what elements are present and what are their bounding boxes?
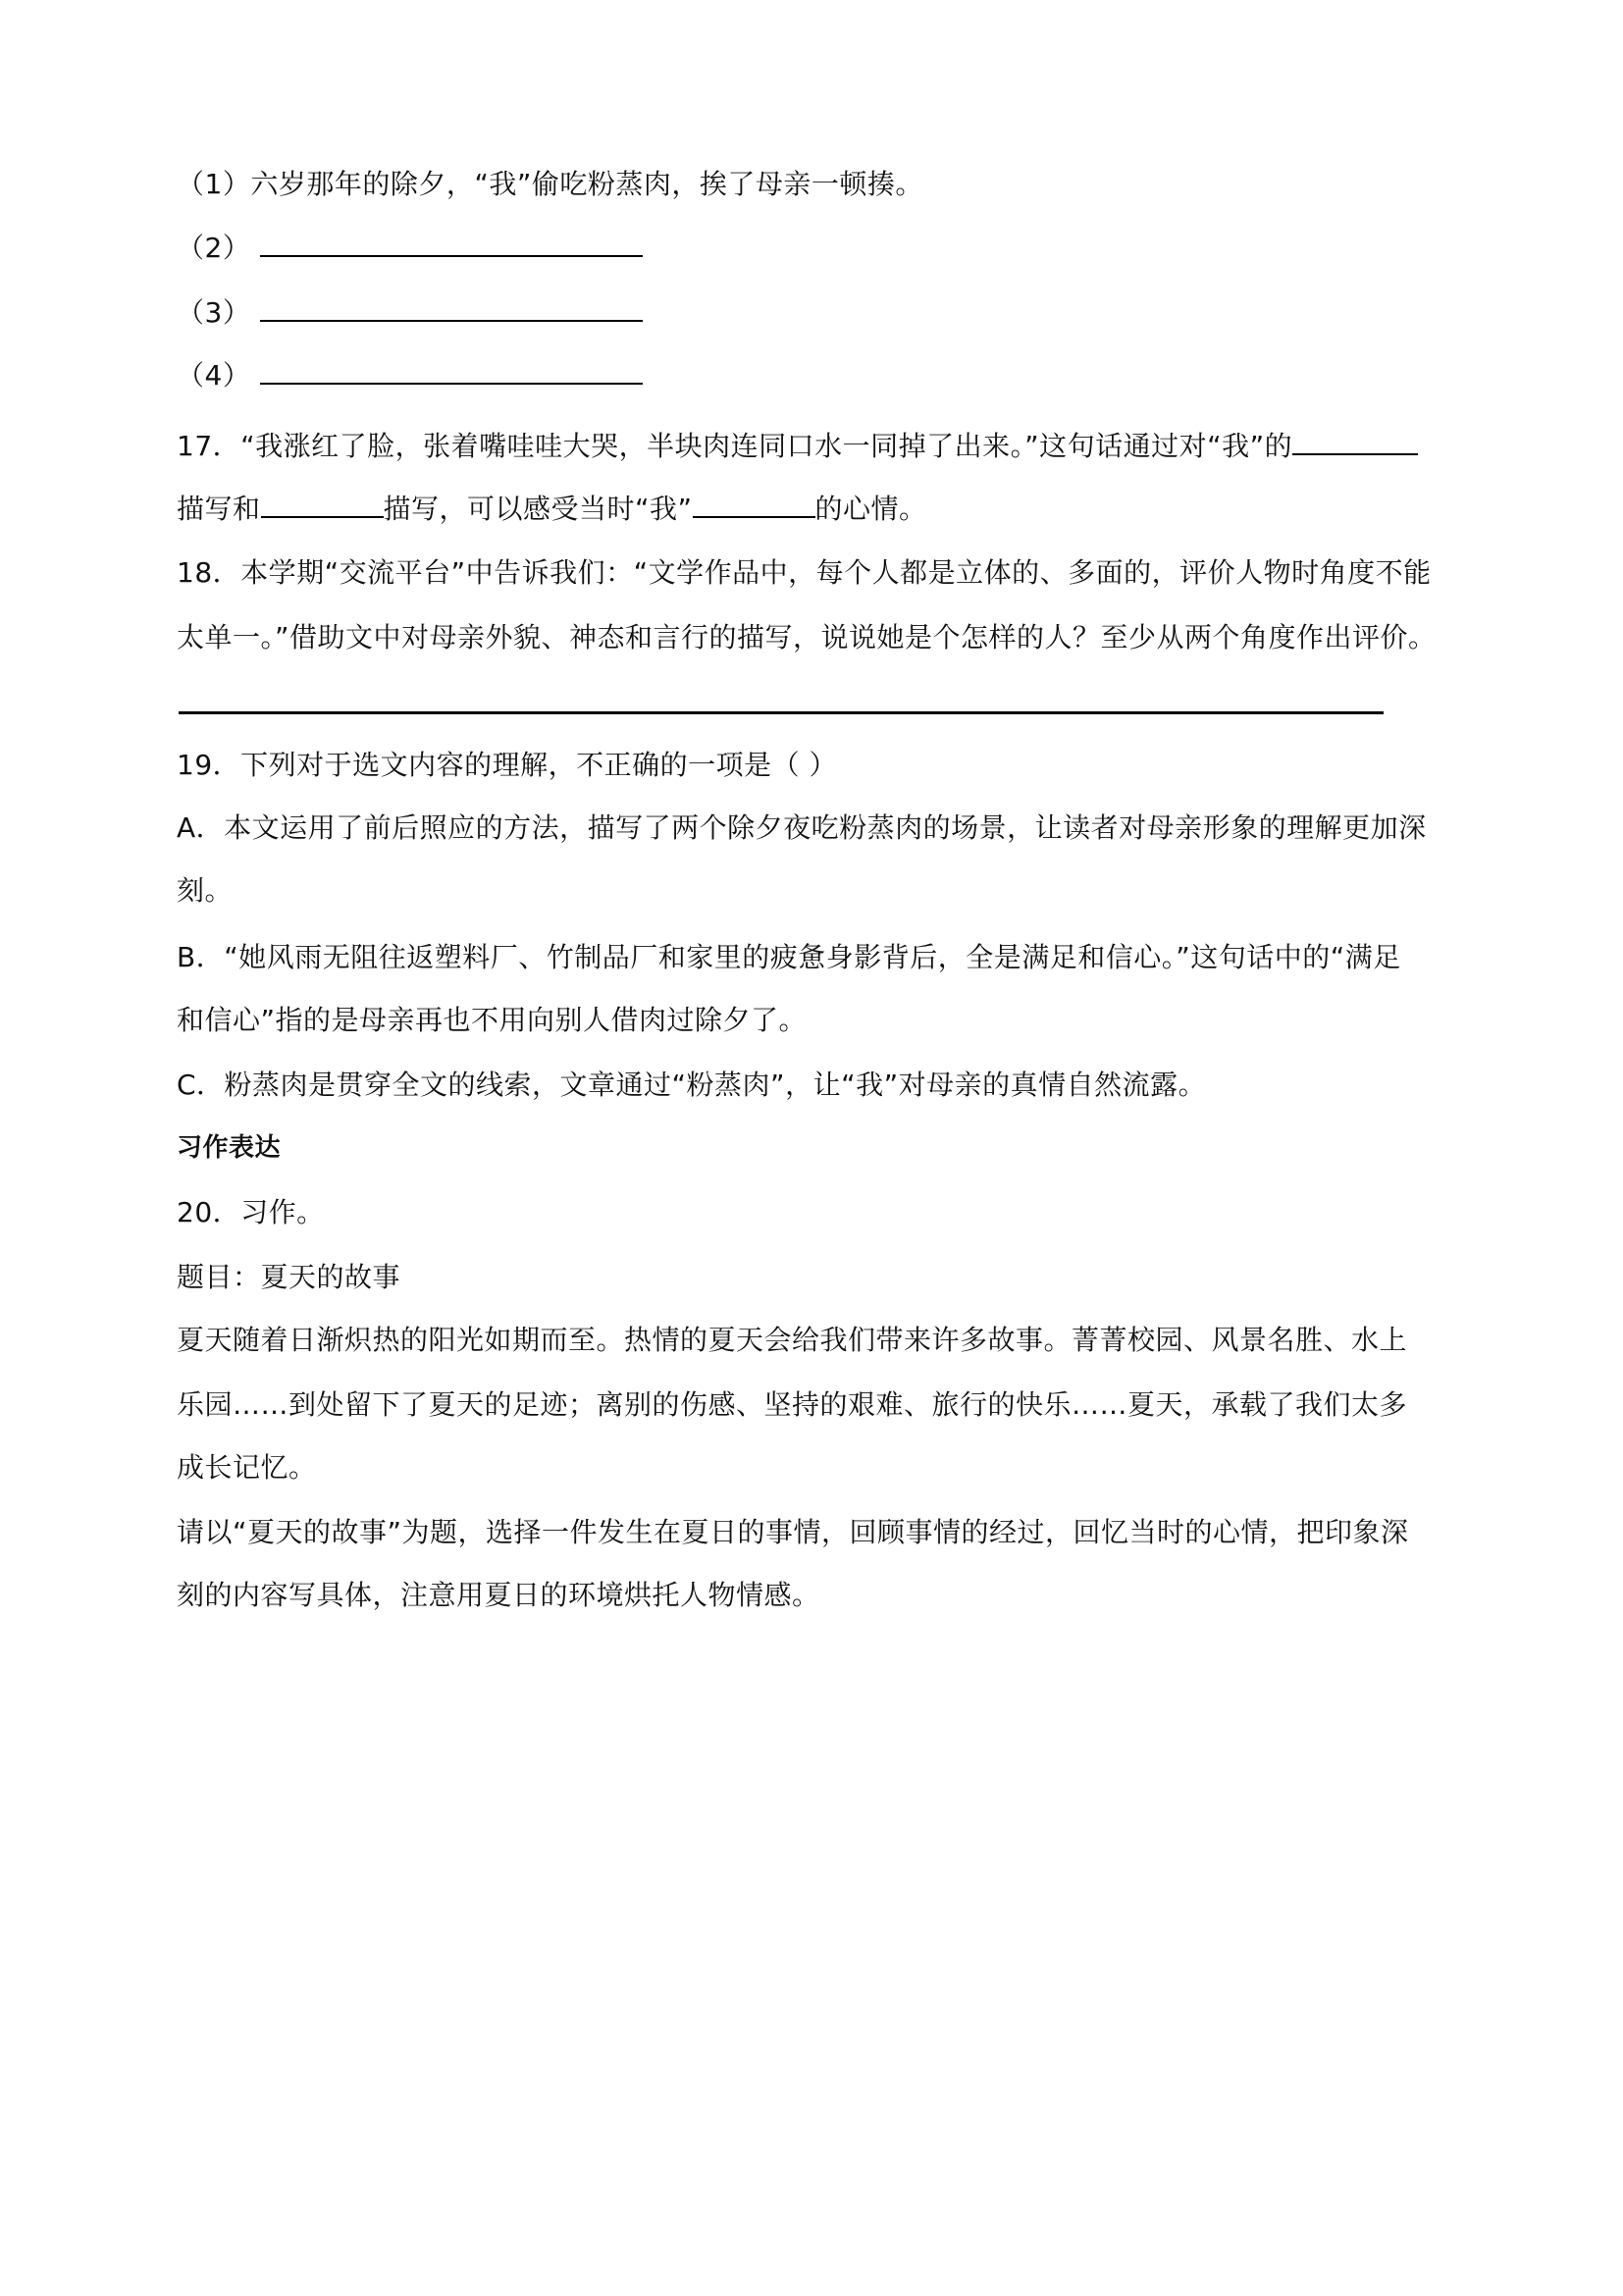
sub-item-label: （3） [177, 296, 250, 329]
sub-item-label: （4） [177, 359, 250, 391]
answer-blank[interactable] [260, 294, 643, 322]
sub-item-1: （1）六岁那年的除夕，“我”偷吃粉蒸肉，挨了母亲一顿揍。 [177, 167, 923, 202]
sub-item-2: （2） [177, 230, 643, 266]
answer-blank[interactable] [261, 491, 384, 518]
sub-item-text: 六岁那年的除夕，“我”偷吃粉蒸肉，挨了母亲一顿揍。 [250, 168, 923, 200]
option-a-line-1: A．本文运用了前后照应的方法，描写了两个除夕夜吃粉蒸肉的场景，让读者对母亲形象的… [177, 810, 1427, 846]
question-17-text: 描写和 [177, 493, 261, 525]
answer-blank[interactable] [260, 357, 643, 385]
option-b-line-2: 和信心”指的是母亲再也不用向别人借肉过除夕了。 [177, 1003, 807, 1038]
question-17-text: 17．“我涨红了脸，张着嘴哇哇大哭，半块肉连同口水一同掉了出来。”这句话通过对“… [177, 430, 1292, 462]
essay-prompt-line: 夏天随着日渐炽热的阳光如期而至。热情的夏天会给我们带来许多故事。菁菁校园、风景名… [177, 1323, 1407, 1358]
question-18-line-1: 18．本学期“交流平台”中告诉我们：“文学作品中，每个人都是立体的、多面的，评价… [177, 555, 1432, 591]
section-heading: 习作表达 [177, 1130, 281, 1166]
essay-title: 题目：夏天的故事 [177, 1260, 400, 1295]
question-17-text: 描写，可以感受当时“我” [384, 493, 693, 525]
essay-instruction-line: 请以“夏天的故事”为题，选择一件发生在夏日的事情，回顾事情的经过，回忆当时的心情… [177, 1515, 1409, 1550]
sub-item-label: （2） [177, 232, 250, 264]
answer-blank[interactable] [260, 230, 643, 257]
option-c-line-1: C．粉蒸肉是贯穿全文的线索，文章通过“粉蒸肉”，让“我”对母亲的真情自然流露。 [177, 1068, 1206, 1103]
question-20-stem: 20．习作。 [177, 1195, 325, 1230]
question-17-line-2: 描写和描写，可以感受当时“我”的心情。 [177, 491, 927, 527]
option-a-line-2: 刻。 [177, 873, 233, 909]
question-18-line-2: 太单一。”借助文中对母亲外貌、神态和言行的描写，说说她是个怎样的人？至少从两个角… [177, 620, 1437, 655]
essay-prompt-line: 乐园……到处留下了夏天的足迹；离别的伤感、坚持的艰难、旅行的快乐……夏天，承载了… [177, 1387, 1407, 1423]
essay-instruction-line: 刻的内容写具体，注意用夏日的环境烘托人物情感。 [177, 1578, 820, 1613]
answer-line[interactable] [179, 711, 1384, 714]
essay-prompt-line: 成长记忆。 [177, 1450, 317, 1486]
answer-blank[interactable] [1292, 428, 1418, 455]
sub-item-4: （4） [177, 357, 643, 393]
answer-blank[interactable] [693, 491, 815, 518]
question-17-text: 的心情。 [815, 493, 927, 525]
question-19-stem: 19．下列对于选文内容的理解，不正确的一项是（ ） [177, 748, 837, 783]
question-17-line-1: 17．“我涨红了脸，张着嘴哇哇大哭，半块肉连同口水一同掉了出来。”这句话通过对“… [177, 428, 1418, 464]
option-b-line-1: B．“她风雨无阻往返塑料厂、竹制品厂和家里的疲惫身影背后，全是满足和信心。”这句… [177, 940, 1401, 975]
sub-item-3: （3） [177, 294, 643, 331]
sub-item-label: （1） [177, 168, 250, 200]
